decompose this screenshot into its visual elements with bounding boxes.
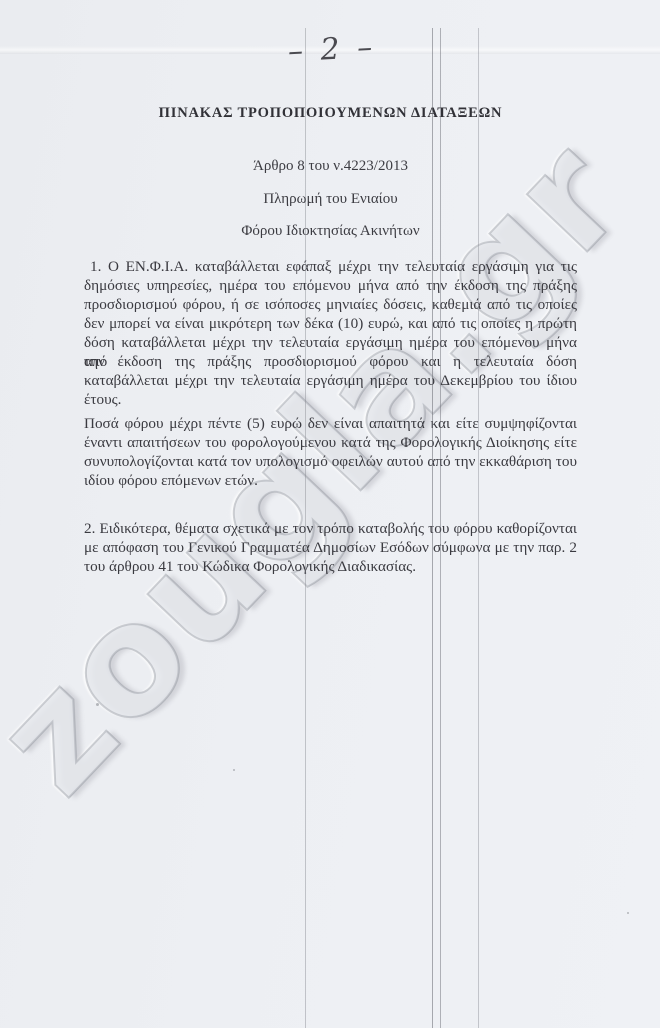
document-title: ΠΙΝΑΚΑΣ ΤΡΟΠΟΠΟΙΟΥΜΕΝΩΝ ΔΙΑΤΑΞΕΩΝ bbox=[84, 105, 577, 122]
paragraph-1: 1. Ο ΕΝ.Φ.Ι.Α. καταβάλλεται εφάπαξ μέχρι… bbox=[84, 257, 577, 409]
article-subtitle-line1: Πληρωμή του Ενιαίου bbox=[84, 191, 577, 208]
paragraph-1-line: δόση καταβάλλεται μέχρι την τελευταία ερ… bbox=[84, 333, 577, 352]
paper-speck bbox=[627, 912, 629, 914]
paragraph-1-line: δημόσιες υπηρεσίες, ημέρα του επόμενου μ… bbox=[84, 276, 577, 295]
paragraph-2-line: Ποσά φόρου μέχρι πέντε (5) ευρώ δεν είνα… bbox=[84, 414, 577, 433]
paragraph-2-line: έναντι απαιτήσεων του φορολογούμενου κατ… bbox=[84, 433, 577, 452]
paper-speck bbox=[233, 769, 235, 771]
paragraph-1-line: προσδιορισμού φόρου, ή σε ισόποσες μηνια… bbox=[84, 295, 577, 314]
paragraph-1-line: την έκδοση της πράξης προσδιορισμού φόρο… bbox=[84, 352, 577, 371]
paragraph-3-line: 2. Ειδικότερα, θέματα σχετικά με τον τρό… bbox=[84, 519, 577, 538]
scanned-document-page: zougla.gr – 2 – ΠΙΝΑΚΑΣ ΤΡΟΠΟΠΟΙΟΥΜΕΝΩΝ … bbox=[0, 0, 660, 1028]
paragraph-3-line: του άρθρου 41 του Κώδικα Φορολογικής Δια… bbox=[84, 557, 577, 576]
paragraph-3: 2. Ειδικότερα, θέματα σχετικά με τον τρό… bbox=[84, 519, 577, 576]
document-body: ΠΙΝΑΚΑΣ ΤΡΟΠΟΠΟΙΟΥΜΕΝΩΝ ΔΙΑΤΑΞΕΩΝ Άρθρο … bbox=[84, 0, 577, 576]
paragraph-1-line: έτους. bbox=[84, 390, 577, 409]
paragraph-3-line: με απόφαση του Γενικού Γραμματέα Δημοσίω… bbox=[84, 538, 577, 557]
paragraph-2: Ποσά φόρου μέχρι πέντε (5) ευρώ δεν είνα… bbox=[84, 414, 577, 490]
paragraph-1-line: καταβάλλεται μέχρι την τελευταία εργάσιμ… bbox=[84, 371, 577, 390]
paragraph-2-line: συνυπολογίζονται κατά τον υπολογισμό οφε… bbox=[84, 452, 577, 471]
paper-speck bbox=[96, 703, 99, 706]
paragraph-1-line: δεν μπορεί να είναι μικρότερη των δέκα (… bbox=[84, 314, 577, 333]
paragraph-1-line: 1. Ο ΕΝ.Φ.Ι.Α. καταβάλλεται εφάπαξ μέχρι… bbox=[84, 257, 577, 276]
article-reference: Άρθρο 8 του ν.4223/2013 bbox=[84, 158, 577, 175]
article-subtitle-line2: Φόρου Ιδιοκτησίας Ακινήτων bbox=[84, 223, 577, 240]
paragraph-2-line: ιδίου φόρου επόμενων ετών. bbox=[84, 471, 577, 490]
